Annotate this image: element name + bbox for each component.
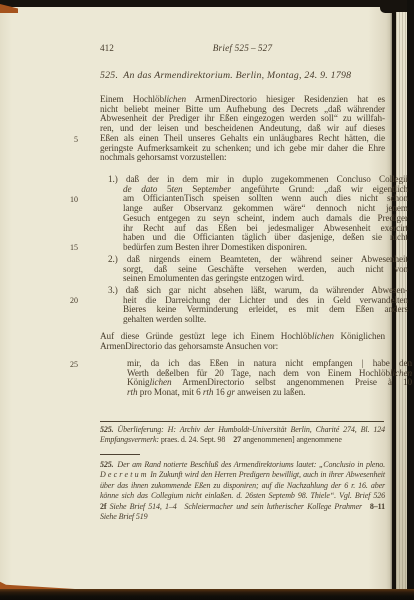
scan-right-border (407, 0, 414, 600)
scan-top-border (0, 0, 414, 7)
closing-paragraph: Auf diese Gründe gestüzt lege ich Einem … (100, 332, 385, 351)
text-line: nochmals gehorsamst vorzustellen: (100, 153, 385, 163)
text-line: könne sich das Collegium nicht einlaßen.… (100, 491, 385, 501)
text-line: seinen Emolumenten das geringste entzoge… (123, 274, 408, 284)
list-item-1: 1.) daß der in dem mir in duplo zugekomm… (100, 175, 408, 253)
running-title: Brief 525 – 527 (100, 43, 385, 53)
list-item-3: 3.) daß sich gar nicht absehen läßt, war… (100, 286, 408, 325)
text-line: 525. Der am Rand notierte Beschluß des A… (100, 460, 385, 470)
apparatus-short-rule (100, 454, 140, 455)
petition-block: mir, da ich das Eßen in natura nicht emp… (100, 359, 412, 398)
page-header: 412 Brief 525 – 527 (100, 43, 385, 55)
text-line: gehalten werden sollte. (123, 315, 408, 325)
text-line: rth pro Monat, mit 6 rth 16 gr anweisen … (127, 388, 412, 398)
text-line: ArmenDirectorio das gehorsamste Ansuchen… (100, 342, 385, 352)
margin-line-number: 10 (58, 195, 78, 205)
apparatus-commentary: 525. Der am Rand notierte Beschluß des A… (100, 460, 385, 522)
text-line: 525. Überlieferung: H: Archiv der Humbol… (100, 425, 385, 435)
margin-line-number: 20 (58, 296, 78, 306)
text-line: 2f Siehe Brief 514, 1–4 Schleiermacher u… (100, 502, 385, 512)
text-line: Siehe Brief 519 (100, 512, 385, 522)
book-scan: 412 Brief 525 – 527 525. An das Armendir… (0, 0, 414, 600)
margin-line-number: 15 (58, 243, 78, 253)
letter-heading: 525. An das Armendirektorium. Berlin, Mo… (100, 70, 392, 81)
text-line: D e c r e t u m In Zukunft wird den Herr… (100, 470, 385, 480)
margin-line-number: 5 (58, 135, 78, 145)
text-line: bedürfen zum Besten ihrer Domestiken dis… (123, 243, 408, 253)
opening-paragraph: Einem Hochlöblichen ArmenDirectorio hies… (100, 95, 385, 163)
margin-line-number: 25 (58, 360, 78, 370)
apparatus-ueberlieferung: 525. Überlieferung: H: Archiv der Humbol… (100, 425, 385, 446)
text-line: Empfangsvermerk: praes. d. 24. Sept. 98 … (100, 435, 385, 445)
text-line: über das ihnen zukommende Eßen zu dispon… (100, 481, 385, 491)
scan-bottom-border (0, 589, 414, 600)
list-item-2: 2.) daß nirgends einem Beamteten, der wä… (100, 255, 408, 284)
apparatus-separator-rule (100, 421, 384, 422)
